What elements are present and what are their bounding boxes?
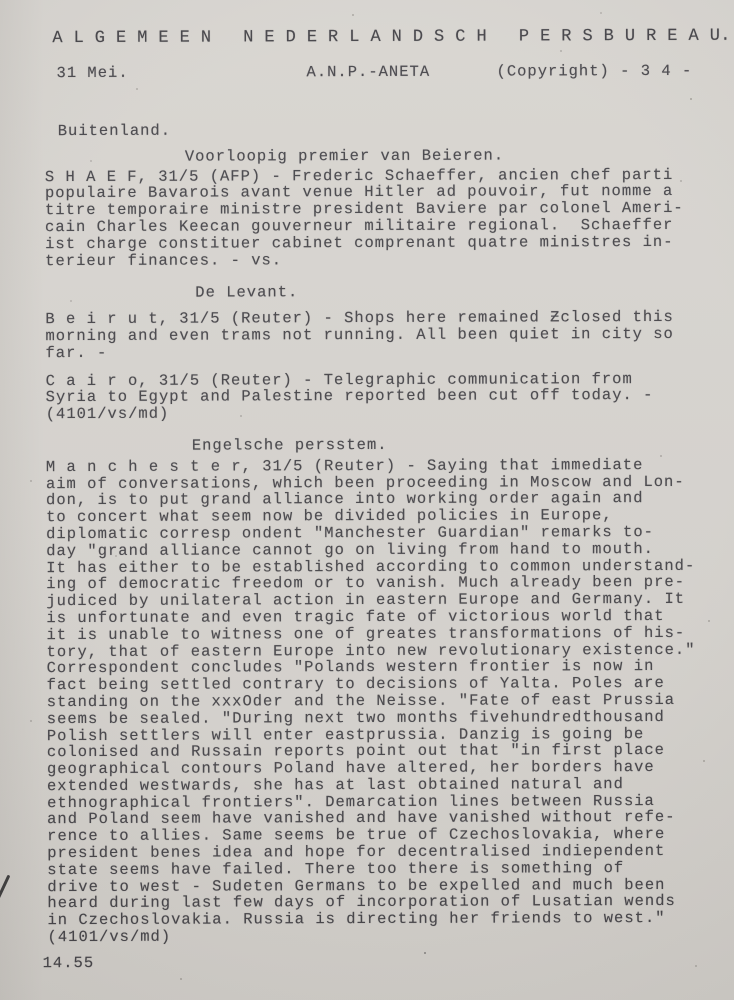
article-persstem: Engelsche persstem. M a n c h e s t e r,… [46,436,716,946]
agency-name-title: A L G E M E E N N E D E R L A N D S C H … [52,27,712,49]
article-body-manchester: M a n c h e s t e r, 31/5 (Reuter) - Say… [46,457,716,946]
typewritten-bulletin: A L G E M E E N N E D E R L A N D S C H … [0,0,734,1000]
article-body-shaef: S H A E F, 31/5 (AFP) - Frederic Schaeff… [45,166,713,269]
section-rubric-buitenland: Buitenland. [58,121,713,140]
article-body-cairo: C a i r o, 31/5 (Reuter) - Telegraphic c… [46,370,714,423]
masthead-meta-line: 31 Mei. A.N.P.-ANETA (Copyright) - 3 4 - [44,63,712,85]
article-heading-beieren: Voorloopig premier van Beieren. [185,147,713,166]
agency-imprint: A.N.P.-ANETA [306,64,430,81]
issue-date: 31 Mei. [56,65,128,82]
article-beieren: Voorloopig premier van Beieren. S H A E … [45,147,713,270]
article-heading-persstem: Engelsche persstem. [192,436,714,455]
transmission-time: 14.55 [43,953,716,972]
scanned-document-page: A L G E M E E N N E D E R L A N D S C H … [0,0,734,1000]
copyright-page-number: (Copyright) - 3 4 - [496,63,692,80]
article-levant: De Levant. B e i r u t, 31/5 (Reuter) - … [45,283,713,423]
article-heading-levant: De Levant. [195,283,713,302]
article-body-beirut: B e i r u t, 31/5 (Reuter) - Shops here … [45,309,713,362]
